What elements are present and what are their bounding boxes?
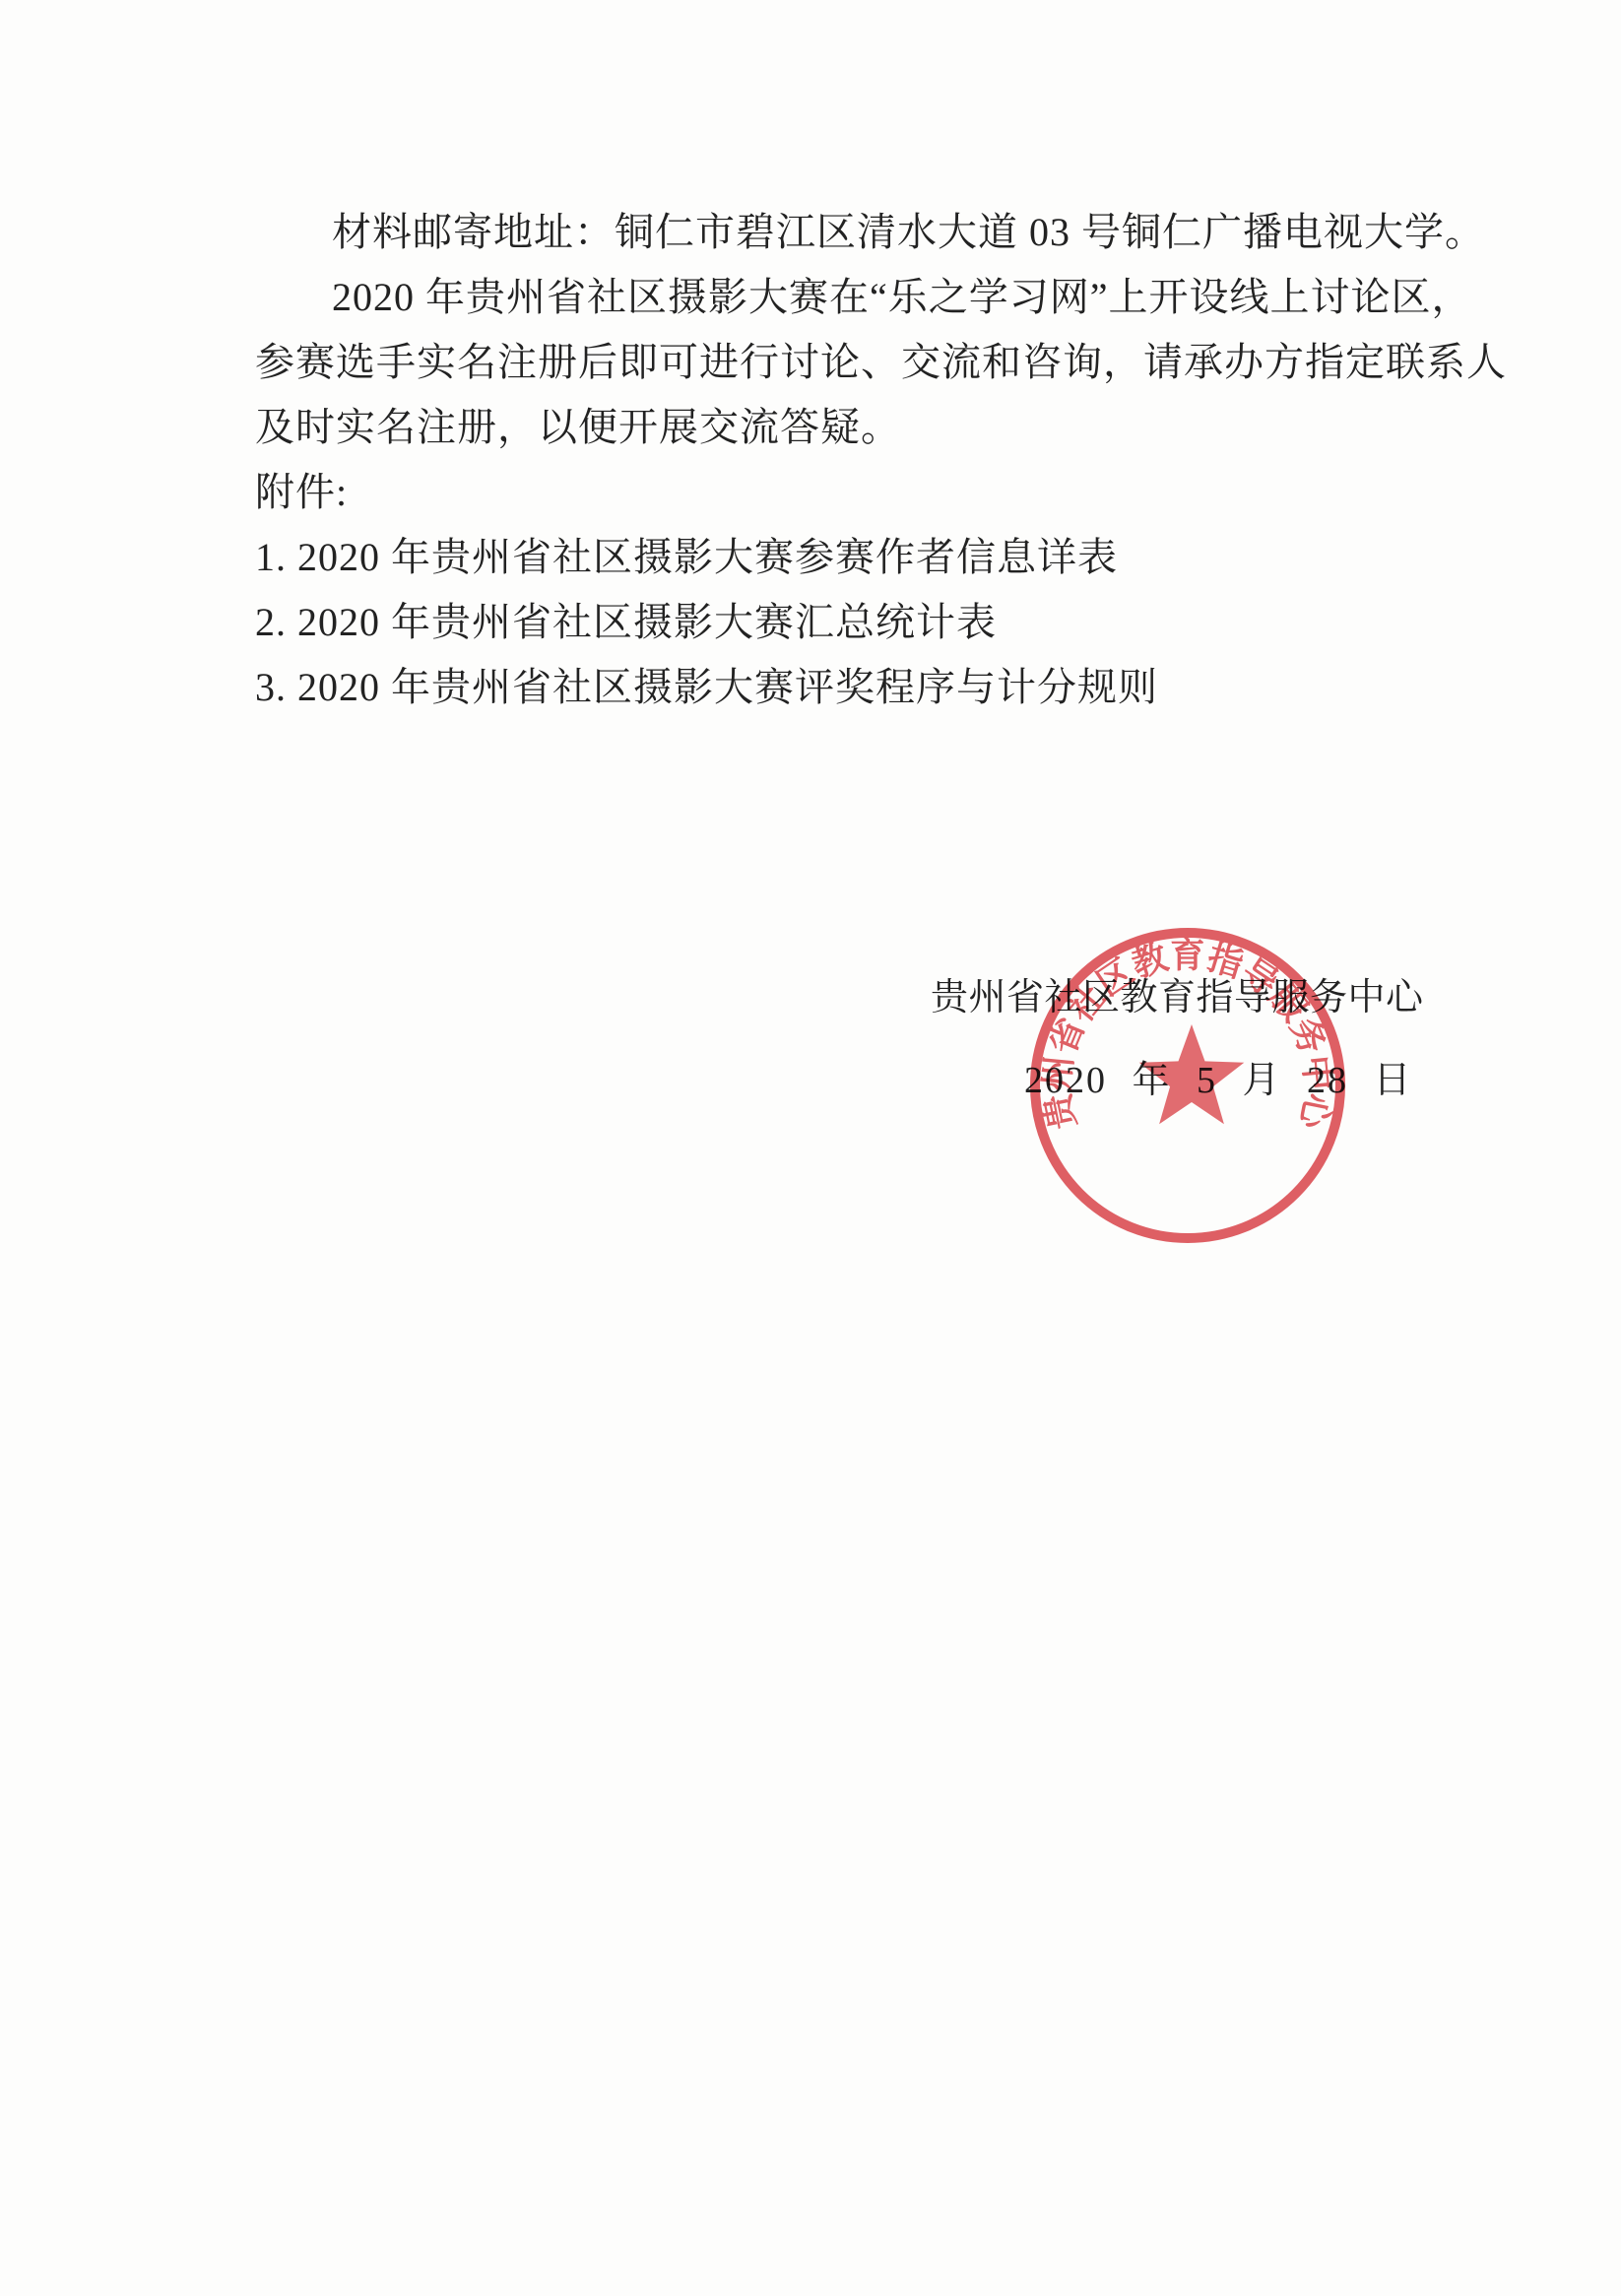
attachment-item-1: 1. 2020 年贵州省社区摄影大赛参赛作者信息详表 [255, 525, 1437, 590]
paragraph-line-2: 参赛选手实名注册后即可进行讨论、交流和咨询，请承办方指定联系人 [255, 330, 1437, 395]
official-seal: 贵州省社区教育指导服务中心 [1020, 918, 1355, 1253]
paragraph-line-3: 及时实名注册，以便开展交流答疑。 [255, 395, 1437, 460]
mailing-address-line: 材料邮寄地址：铜仁市碧江区清水大道 03 号铜仁广播电视大学。 [255, 200, 1437, 265]
attachments-label: 附件: [255, 460, 1437, 525]
document-body: 材料邮寄地址：铜仁市碧江区清水大道 03 号铜仁广播电视大学。 2020 年贵州… [255, 200, 1437, 720]
attachment-item-3: 3. 2020 年贵州省社区摄影大赛评奖程序与计分规则 [255, 655, 1437, 720]
paragraph-line-1: 2020 年贵州省社区摄影大赛在“乐之学习网”上开设线上讨论区， [255, 265, 1437, 330]
document-page: 材料邮寄地址：铜仁市碧江区清水大道 03 号铜仁广播电视大学。 2020 年贵州… [0, 0, 1621, 2296]
attachment-item-2: 2. 2020 年贵州省社区摄影大赛汇总统计表 [255, 590, 1437, 655]
seal-star-icon [1139, 1024, 1245, 1124]
